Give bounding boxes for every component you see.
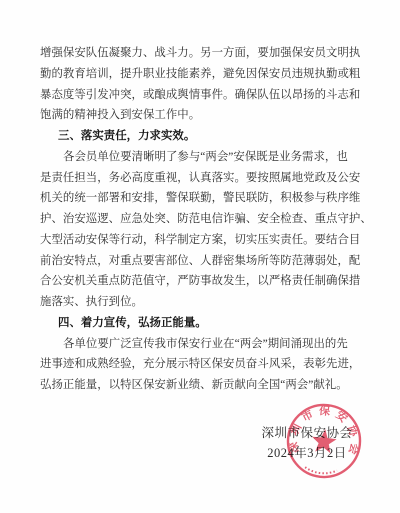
text-line: 各会员单位要清晰明了参与“两会”安保既是业务需求，也 bbox=[40, 147, 374, 168]
section-heading-4: 四、着力宣传，弘扬正能量。 bbox=[40, 313, 374, 334]
section-heading-3: 三、落实责任，力求实效。 bbox=[40, 126, 374, 147]
document-body: 增强保安队伍凝聚力、战斗力。另一方面，要加强保安员文明执 勤的教育培训，提升职业… bbox=[40, 43, 374, 396]
text-line: 各单位要广泛宣传我市保安行业在“两会”期间涌现出的先 bbox=[40, 334, 374, 355]
text-line: 护、治安巡逻、应急处突、防范电信诈骗、安全检查、重点守护、 bbox=[40, 209, 374, 230]
seal-arc-text: 深圳市保安协会 bbox=[284, 401, 364, 462]
text-line: 是责任担当，务必高度重视，认真落实。要按照属地党政及公安 bbox=[40, 168, 374, 189]
text-line: 暴态度等引发冲突，或酿成舆情事件。确保队伍以昂扬的斗志和 bbox=[40, 85, 374, 106]
text-line: 施落实、执行到位。 bbox=[40, 292, 374, 313]
official-seal: 深圳市保安协会 bbox=[284, 401, 364, 481]
text-line: 前治安特点，对重点要害部位、人群密集场所等防范薄弱处，配 bbox=[40, 251, 374, 272]
seal-star-icon bbox=[311, 428, 338, 454]
seal-arc-text-holder: 深圳市保安协会 bbox=[284, 401, 364, 462]
document-page: 增强保安队伍凝聚力、战斗力。另一方面，要加强保安员文明执 勤的教育培训，提升职业… bbox=[0, 0, 400, 513]
text-line: 进事迹和成熟经验，充分展示特区保安员奋斗风采，表彰先进， bbox=[40, 354, 374, 375]
text-line: 饱满的精神投入到安保工作中。 bbox=[40, 105, 374, 126]
text-line: 增强保安队伍凝聚力、战斗力。另一方面，要加强保安员文明执 bbox=[40, 43, 374, 64]
text-line: 合公安机关重点防范值守，严防事故发生，以严格责任制确保措 bbox=[40, 271, 374, 292]
text-line: 勤的教育培训，提升职业技能素养，避免因保安员违规执勤或粗 bbox=[40, 64, 374, 85]
text-line: 大型活动安保等行动，科学制定方案，切实压实责任。要结合目 bbox=[40, 230, 374, 251]
text-line: 弘扬正能量，以特区保安新业绩、新贡献向全国“两会”献礼。 bbox=[40, 375, 374, 396]
text-line: 机关的统一部署和安排，警保联勤，警民联防，积极参与秩序维 bbox=[40, 188, 374, 209]
